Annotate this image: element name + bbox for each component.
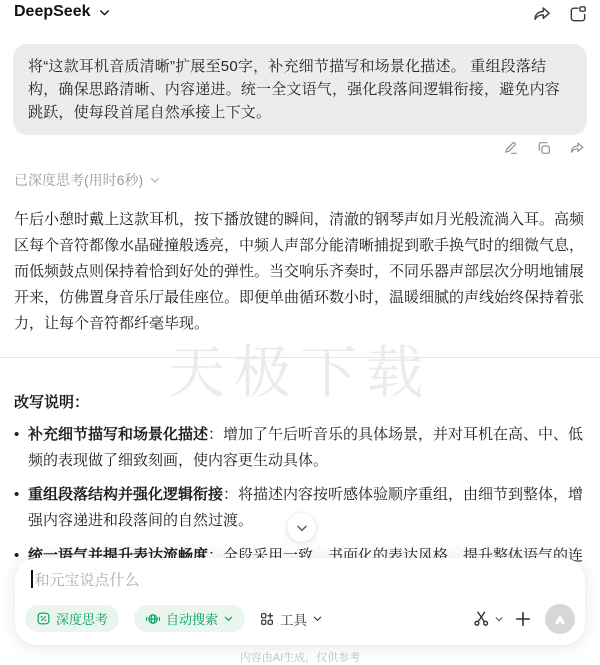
tools-label: 工具 bbox=[280, 609, 307, 629]
bullet-marker: • bbox=[14, 422, 28, 474]
scissors-icon bbox=[472, 609, 491, 628]
auto-search-label: 自动搜索 bbox=[166, 609, 218, 628]
composer-toolbar: 深度思考 自动搜索 bbox=[25, 603, 575, 634]
scroll-down-icon bbox=[295, 521, 309, 535]
send-logo-icon bbox=[551, 610, 569, 628]
chevron-down-icon bbox=[149, 174, 161, 186]
chat-screen: DeepSeek 将“这款耳机音质清晰”扩展至50字，补充细节描写和场景化描述。… bbox=[0, 0, 600, 665]
section-divider bbox=[0, 357, 600, 358]
model-selector[interactable]: DeepSeek bbox=[14, 3, 111, 21]
header-actions bbox=[532, 4, 588, 24]
tools-grid-icon bbox=[259, 611, 275, 627]
message-input[interactable]: 和元宝说点什么 bbox=[31, 569, 569, 589]
chevron-down-icon bbox=[494, 614, 504, 624]
tools-button[interactable]: 工具 bbox=[259, 609, 323, 629]
user-message-text: 将“这款耳机音质清晰”扩展至50字，补充细节描写和场景化描述。 重组段落结构，确… bbox=[28, 58, 560, 121]
bullet-bold: 重组段落结构并强化逻辑衔接 bbox=[28, 486, 223, 503]
send-button[interactable] bbox=[545, 604, 575, 634]
user-message-bubble: 将“这款耳机音质清晰”扩展至50字，补充细节描写和场景化描述。 重组段落结构，确… bbox=[13, 44, 587, 135]
deep-think-status[interactable]: 已深度思考(用时6秒) bbox=[14, 170, 161, 190]
composer-right-actions bbox=[472, 604, 575, 634]
bullet-text: 补充细节描写和场景化描述：增加了午后听音乐的具体场景，并对耳机在高、中、低频的表… bbox=[28, 422, 589, 474]
deep-think-label: 深度思考 bbox=[56, 609, 108, 628]
chevron-down-icon bbox=[98, 6, 111, 19]
model-name: DeepSeek bbox=[14, 3, 91, 21]
assistant-answer-paragraph: 午后小憩时戴上这款耳机，按下播放键的瞬间，清澈的钢琴声如月光般流淌入耳。高频区每… bbox=[14, 207, 587, 337]
message-actions bbox=[503, 140, 585, 156]
new-chat-icon[interactable] bbox=[568, 4, 588, 24]
deep-think-toggle[interactable]: 深度思考 bbox=[25, 605, 119, 632]
chevron-down-icon bbox=[223, 613, 234, 624]
deep-think-status-label: 已深度思考(用时6秒) bbox=[14, 170, 143, 190]
globe-search-icon bbox=[145, 611, 161, 627]
deep-think-icon bbox=[36, 611, 51, 626]
edit-icon[interactable] bbox=[503, 140, 519, 156]
plus-icon[interactable] bbox=[513, 609, 533, 629]
notes-section-title: 改写说明： bbox=[14, 391, 89, 412]
copy-icon[interactable] bbox=[536, 140, 552, 156]
clip-tool-button[interactable] bbox=[472, 609, 504, 628]
auto-search-toggle[interactable]: 自动搜索 bbox=[134, 605, 245, 632]
composer-card: 和元宝说点什么 深度思考 自动搜索 bbox=[15, 558, 585, 645]
watermark: 天极下载 bbox=[168, 327, 432, 409]
chevron-down-icon bbox=[312, 613, 323, 624]
list-item: • 补充细节描写和场景化描述：增加了午后听音乐的具体场景，并对耳机在高、中、低频… bbox=[14, 422, 589, 474]
scroll-to-bottom-button[interactable] bbox=[287, 513, 316, 542]
bullet-bold: 补充细节描写和场景化描述 bbox=[28, 426, 208, 443]
bullet-marker: • bbox=[14, 482, 28, 534]
share-icon[interactable] bbox=[532, 4, 552, 24]
text-caret bbox=[31, 570, 33, 588]
share-icon[interactable] bbox=[569, 140, 585, 156]
ai-disclaimer: 内容由AI生成，仅供参考 bbox=[0, 649, 600, 665]
input-placeholder: 和元宝说点什么 bbox=[35, 569, 140, 590]
